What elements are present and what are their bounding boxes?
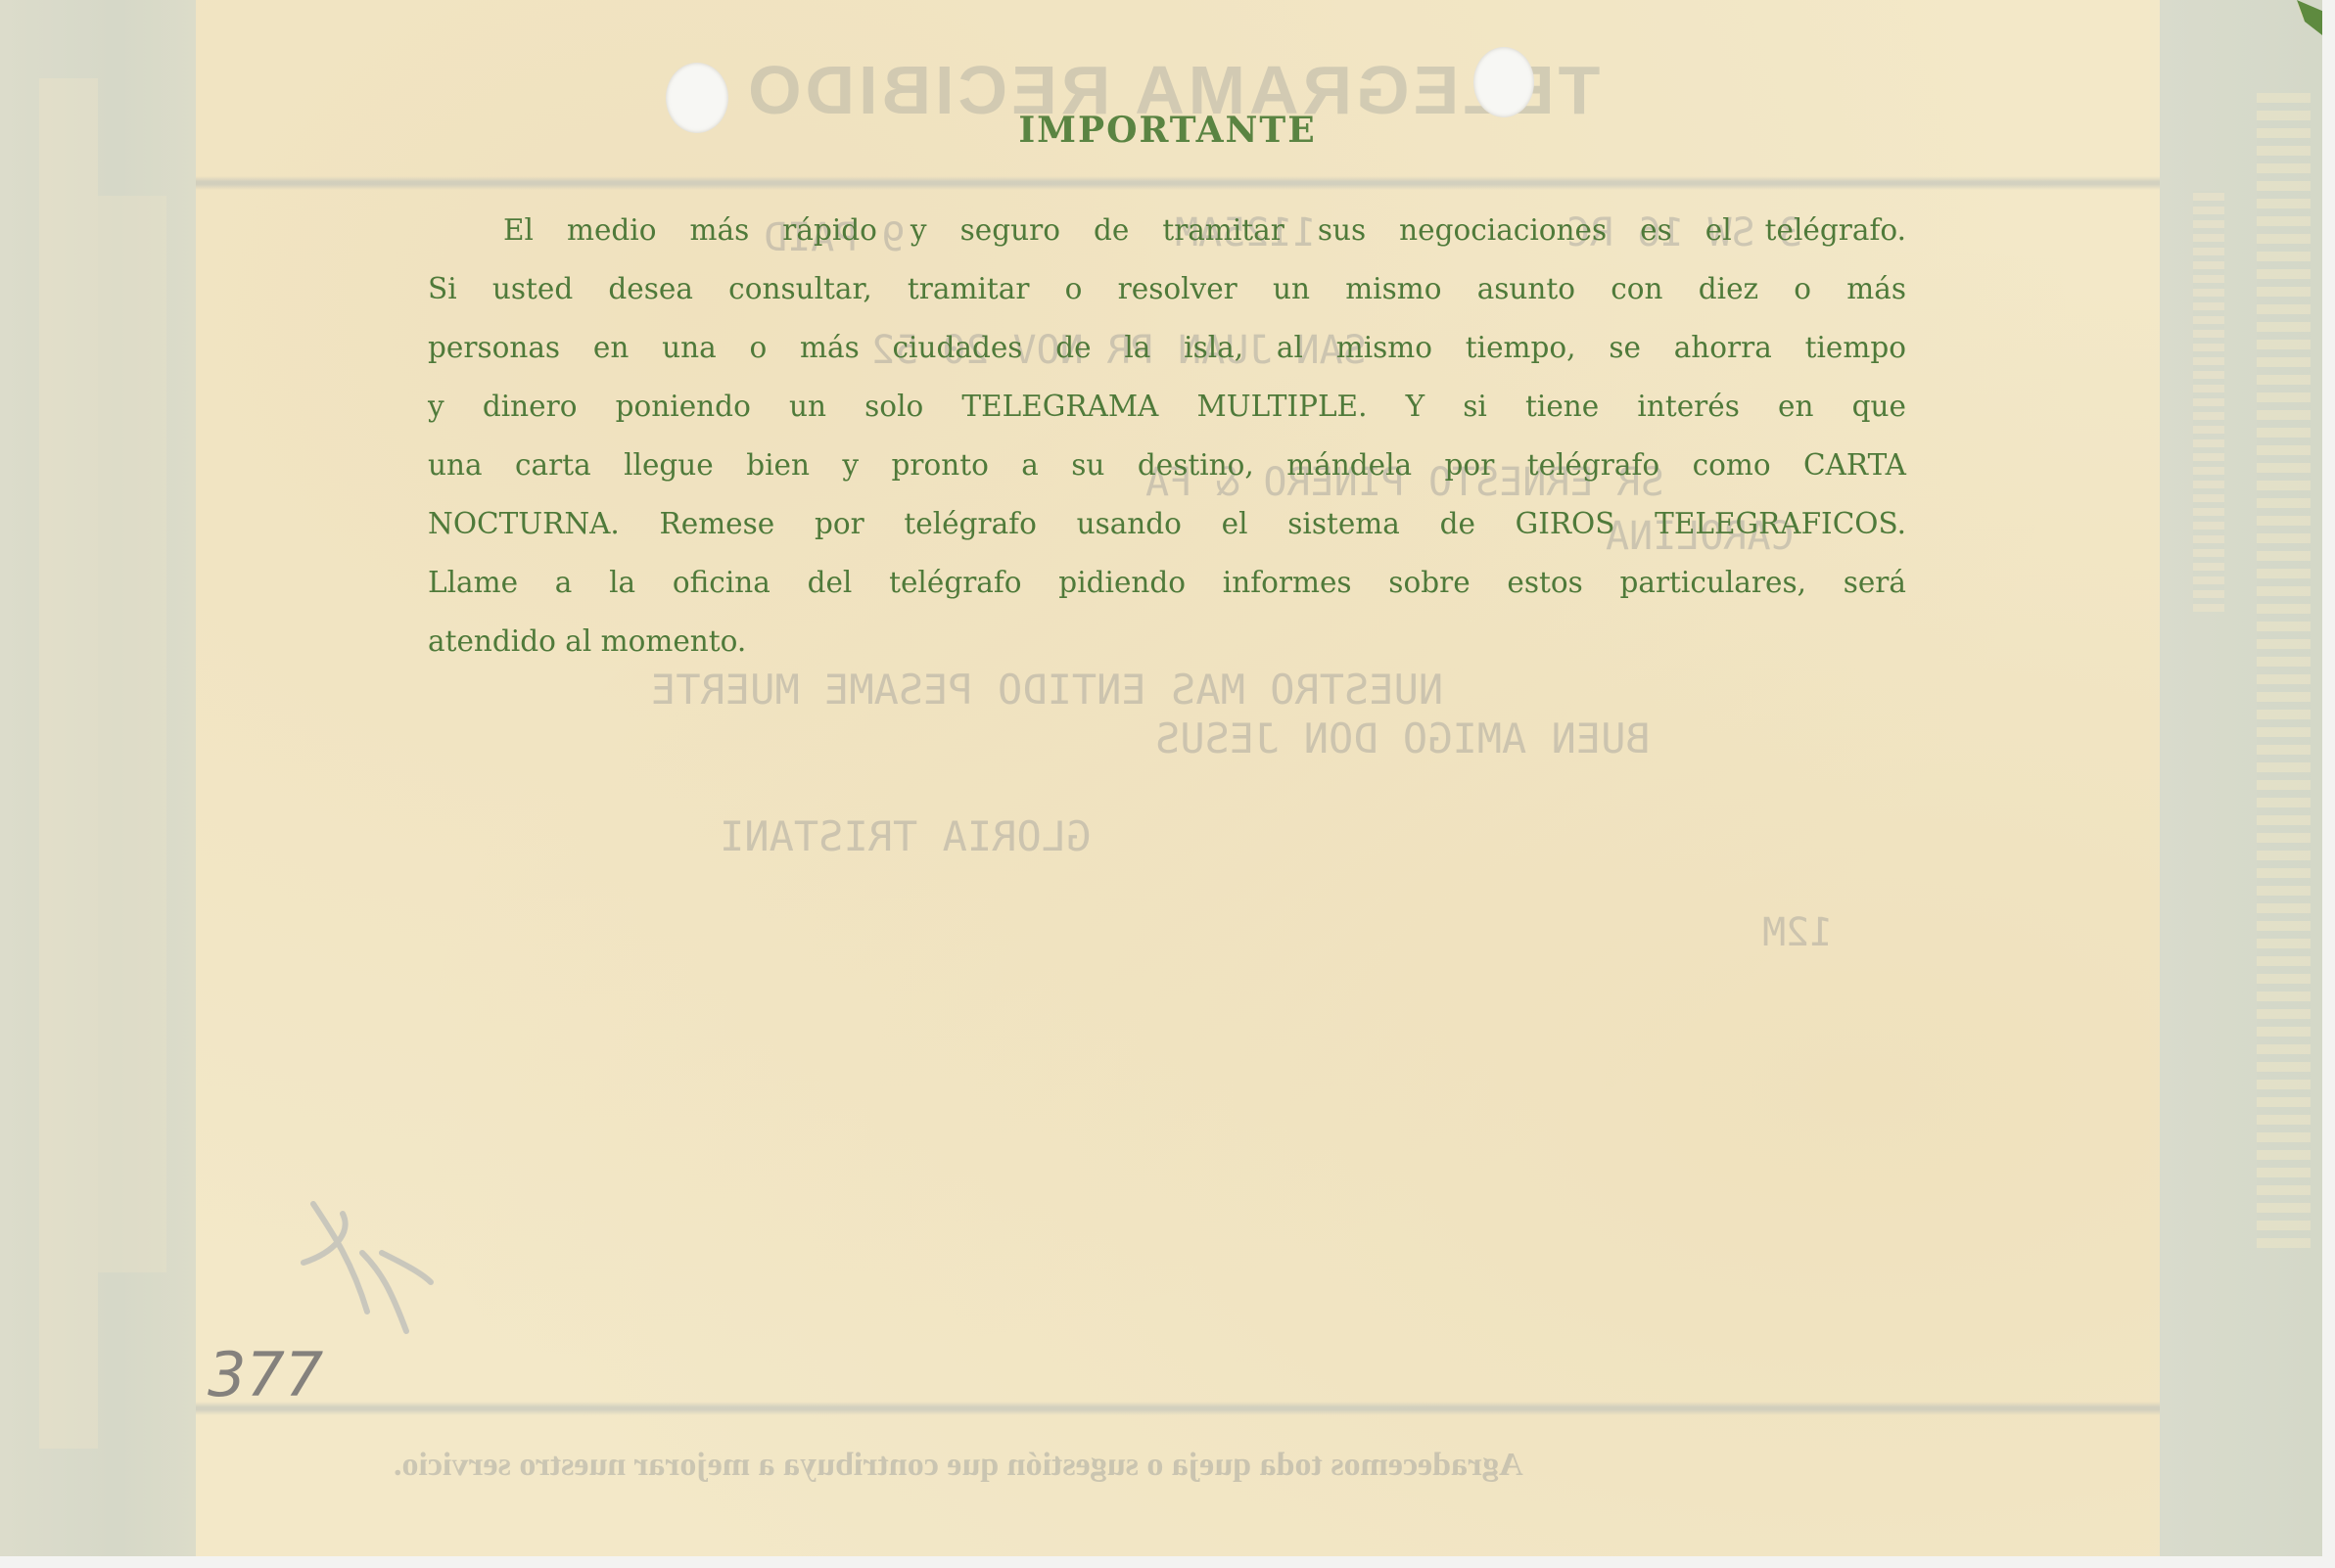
body-line-2: Si usted desea consultar, tramitar o res…	[428, 259, 1906, 318]
handwritten-initials	[274, 1194, 441, 1341]
folded-corner	[2254, 0, 2322, 59]
bottom-show-through-rule	[196, 1402, 2160, 1415]
body-line-7: Llame a la oficina del telégrafo pidiend…	[428, 553, 1906, 612]
show-through-message-line-2: BUEN AMIGO DON JESUS	[1155, 715, 1651, 762]
show-through-footer: Agradecemos toda queja o sugestión que c…	[394, 1447, 1523, 1484]
body-paragraph: El medio más rápido y seguro de tramitar…	[428, 201, 1906, 670]
show-through-time-code: 12M	[1762, 910, 1833, 955]
body-line-8: atendido al momento.	[428, 612, 1906, 670]
document-title: IMPORTANTE	[0, 110, 2335, 151]
show-through-message-line-1: NUESTRO MAS ENTIDO PESAME MUERTE	[651, 666, 1443, 714]
right-band-service-text	[2193, 191, 2224, 612]
left-band-text-shadow	[39, 78, 98, 1449]
body-line-3: personas en una o más ciudades de la isl…	[428, 318, 1906, 377]
body-line-5: una carta llegue bien y pronto a su dest…	[428, 436, 1906, 494]
punch-hole-right	[1473, 47, 1534, 117]
body-line-4: y dinero poniendo un solo TELEGRAMA MULT…	[428, 377, 1906, 436]
handwritten-number: 377	[208, 1339, 323, 1410]
body-line-6: NOCTURNA. Remese por telégrafo usando el…	[428, 494, 1906, 553]
top-show-through-rule	[196, 176, 2160, 190]
right-band-authority-text	[2257, 93, 2311, 1248]
telegram-card-back: TELEGRAMA RECIBIDO 3 SW 16 RC 1125AM 9 P…	[0, 0, 2322, 1556]
left-band-text-shadow-2	[98, 196, 166, 1272]
show-through-signature: GLORIA TRISTANI	[720, 812, 1091, 860]
body-line-1: El medio más rápido y seguro de tramitar…	[428, 201, 1906, 259]
